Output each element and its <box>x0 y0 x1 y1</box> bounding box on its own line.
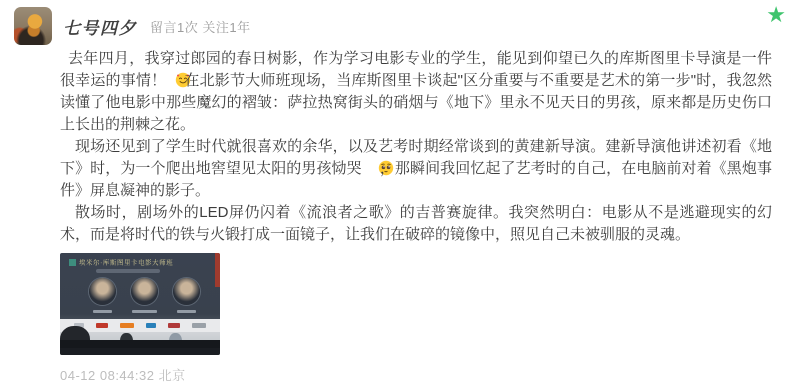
sponsor-logo <box>96 323 108 328</box>
photo-banner-tag <box>69 259 76 266</box>
post-paragraph-2: 现场还见到了学生时代就很喜欢的余华，以及艺考时期经常谈到的黄建新导演。建新导演他… <box>60 136 772 202</box>
post-header: 七号四夕 留言1次 关注1年 ★ <box>0 0 802 45</box>
user-meta: 留言1次 关注1年 <box>150 17 251 36</box>
speaker-caption-1 <box>93 310 112 313</box>
audience-silhouette <box>60 345 220 355</box>
star-icon[interactable]: ★ <box>766 4 786 26</box>
post-photo[interactable]: 埃米尔·库斯图里卡电影大师班 <box>60 253 220 355</box>
sponsor-logo <box>168 323 180 328</box>
photo-banner-title: 埃米尔·库斯图里卡电影大师班 <box>79 256 173 270</box>
sponsor-logo <box>120 323 134 328</box>
paragraph-text: 散场时，剧场外的LED屏仍闪着《流浪者之歌》的吉普赛旋律。我突然明白：电影从不是… <box>60 204 772 243</box>
smiling-face-with-hearts-emoji <box>167 72 183 88</box>
username[interactable]: 七号四夕 <box>63 14 137 39</box>
timestamp: 04-12 08:44:32 北京 <box>60 365 772 385</box>
post-paragraph-3: 散场时，剧场外的LED屏仍闪着《流浪者之歌》的吉普赛旋律。我突然明白：电影从不是… <box>60 202 772 246</box>
sponsor-logo <box>146 323 156 328</box>
speaker-portrait-2 <box>131 278 158 305</box>
speaker-portrait-3 <box>173 278 200 305</box>
face-holding-back-tears-emoji <box>363 160 379 176</box>
post-paragraph-1: 去年四月，我穿过郎园的春日树影，作为学习电影专业的学生，能见到仰望已久的库斯图里… <box>60 48 772 136</box>
post-card: 七号四夕 留言1次 关注1年 ★ 去年四月，我穿过郎园的春日树影，作为学习电影专… <box>0 0 802 385</box>
post-content: 去年四月，我穿过郎园的春日树影，作为学习电影专业的学生，能见到仰望已久的库斯图里… <box>0 45 802 385</box>
photo-side-banner <box>215 253 220 287</box>
avatar[interactable] <box>14 7 52 45</box>
speaker-caption-3 <box>177 310 196 313</box>
speaker-caption-2 <box>132 310 157 313</box>
photo-banner-subtitle <box>96 269 160 273</box>
speaker-portrait-1 <box>89 278 116 305</box>
sponsor-logo <box>192 323 206 328</box>
